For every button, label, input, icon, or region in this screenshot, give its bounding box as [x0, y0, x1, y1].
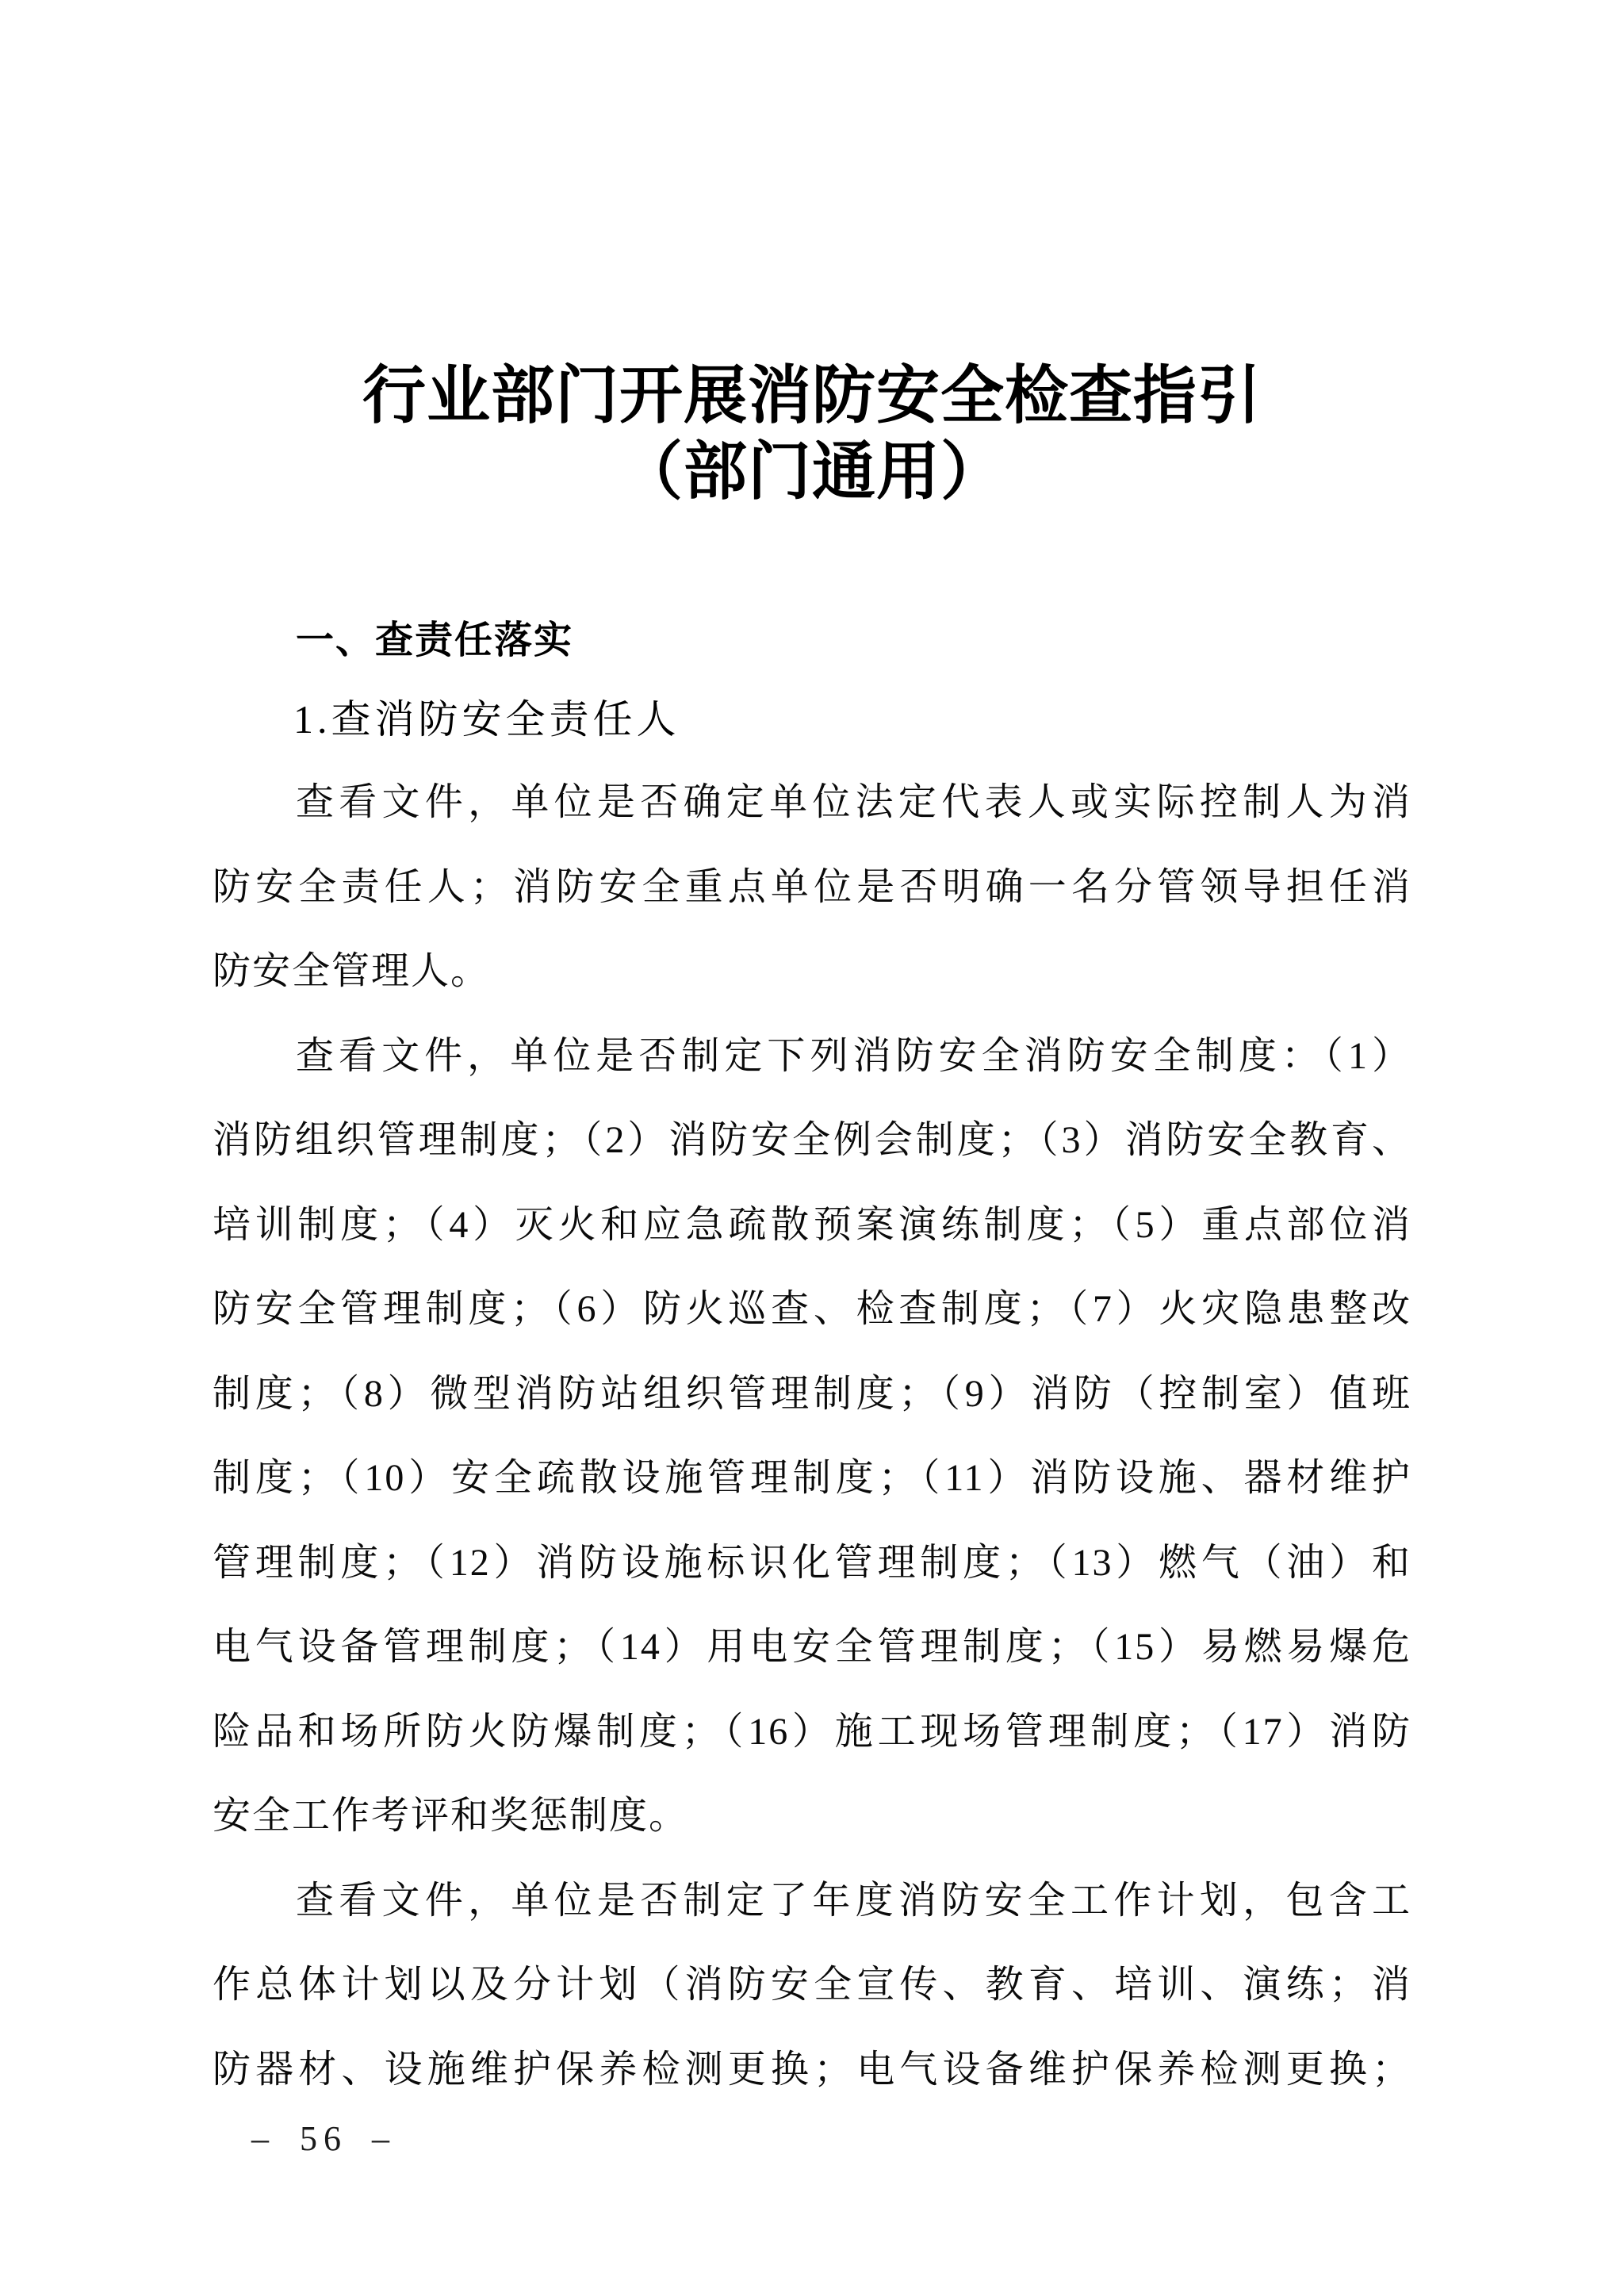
body-line: 查看文件，单位是否确定单位法定代表人或实际控制人为消	[213, 761, 1411, 845]
body-line: 管理制度；（12）消防设施标识化管理制度；（13）燃气（油）和	[213, 1521, 1411, 1606]
body-line: 险品和场所防火防爆制度；（16）施工现场管理制度；（17）消防	[213, 1690, 1411, 1775]
body-line: 制度；（8）微型消防站组织管理制度；（9）消防（控制室）值班	[213, 1352, 1411, 1437]
body-line: 防安全管理制度；（6）防火巡查、检查制度；（7）火灾隐患整改	[213, 1267, 1411, 1352]
body-line: 防安全责任人；消防安全重点单位是否明确一名分管领导担任消	[213, 845, 1411, 930]
body-line: 安全工作考评和奖惩制度。	[213, 1774, 1411, 1859]
document-title: 行业部门开展消防安全检查指引 （部门通用）	[0, 358, 1624, 511]
body-text: 查看文件，单位是否确定单位法定代表人或实际控制人为消防安全责任人；消防安全重点单…	[213, 761, 1411, 2112]
section-heading: 一、查责任落实	[296, 617, 573, 665]
body-line: 消防组织管理制度；（2）消防安全例会制度；（3）消防安全教育、	[213, 1098, 1411, 1183]
document-title-line-2: （部门通用）	[0, 435, 1624, 511]
page-number: – 56 –	[251, 2119, 396, 2159]
body-line: 防器材、设施维护保养检测更换；电气设备维护保养检测更换；	[213, 2028, 1411, 2113]
body-line: 电气设备管理制度；（14）用电安全管理制度；（15）易燃易爆危	[213, 1605, 1411, 1690]
body-line: 作总体计划以及分计划（消防安全宣传、教育、培训、演练；消	[213, 1943, 1411, 2028]
body-line: 制度；（10）安全疏散设施管理制度；（11）消防设施、器材维护	[213, 1436, 1411, 1521]
document-page: 行业部门开展消防安全检查指引 （部门通用） 一、查责任落实 1.查消防安全责任人…	[0, 0, 1624, 2296]
body-line: 培训制度；（4）灭火和应急疏散预案演练制度；（5）重点部位消	[213, 1183, 1411, 1268]
sub-heading: 1.查消防安全责任人	[293, 695, 680, 744]
body-line: 查看文件，单位是否制定下列消防安全消防安全制度：（1）	[213, 1014, 1411, 1099]
body-line: 防安全管理人。	[213, 930, 1411, 1014]
document-title-line-1: 行业部门开展消防安全检查指引	[0, 358, 1624, 435]
body-line: 查看文件，单位是否制定了年度消防安全工作计划，包含工	[213, 1859, 1411, 1944]
